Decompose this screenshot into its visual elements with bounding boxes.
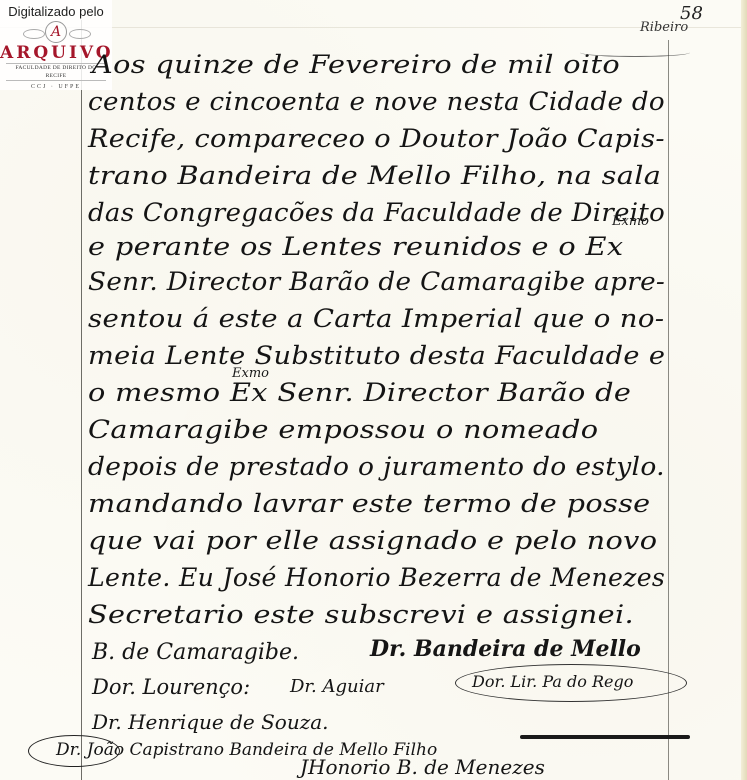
signature-secretary: JHonorio B. de Menezes bbox=[300, 755, 545, 779]
archive-emblem-icon: A bbox=[21, 21, 91, 43]
manuscript-line: e perante os Lentes reunidos e o Ex bbox=[88, 232, 623, 261]
signature-souza: Dr. Henrique de Souza. bbox=[92, 710, 329, 734]
swirl-right-icon bbox=[69, 29, 91, 39]
manuscript-line: Recife, compareceo o Doutor João Capis- bbox=[88, 124, 665, 153]
manuscript-line: Camaragibe empossou o nomeado bbox=[88, 415, 598, 444]
manuscript-line: Senr. Director Barão de Camaragibe apre- bbox=[88, 267, 665, 296]
signature-rego: Dor. Lir. Pa do Rego bbox=[472, 672, 633, 691]
signature-lourenco: Dor. Lourenço: bbox=[92, 675, 250, 699]
manuscript-line: das Congregacões da Faculdade de Direito bbox=[88, 198, 665, 227]
top-rule bbox=[0, 27, 747, 28]
manuscript-line: Lente. Eu José Honorio Bezerra de Meneze… bbox=[88, 563, 665, 592]
emblem-letter: A bbox=[45, 21, 67, 43]
watermark-subtitle: FACULDADE DE DIREITO DO RECIFE bbox=[6, 63, 106, 81]
manuscript-line: o mesmo Ex Senr. Director Barão de bbox=[88, 378, 631, 407]
swirl-left-icon bbox=[23, 29, 45, 39]
signature-bandeira-de-mello: Dr. Bandeira de Mello bbox=[370, 636, 641, 662]
right-margin-line bbox=[668, 40, 669, 780]
manuscript-line: que vai por elle assignado e pelo novo bbox=[88, 526, 657, 555]
watermark-caption: Digitalizado pelo bbox=[0, 4, 112, 19]
signature-camaragibe: B. de Camaragibe. bbox=[92, 640, 299, 665]
manuscript-line: depois de prestado o juramento do estylo… bbox=[88, 452, 665, 481]
manuscript-line: trano Bandeira de Mello Filho, na sala bbox=[88, 161, 661, 190]
manuscript-line: sentou á este a Carta Imperial que o no- bbox=[88, 304, 664, 333]
signature-aguiar: Dr. Aguiar bbox=[290, 676, 384, 697]
manuscript-line: Aos quinze de Fevereiro de mil oito bbox=[92, 50, 620, 79]
superscript-exmo: Exmo bbox=[612, 214, 649, 229]
signature-underline bbox=[520, 735, 690, 739]
folio-rubric: Ribeiro bbox=[640, 20, 688, 35]
manuscript-line: Secretario este subscrevi e assignei. bbox=[88, 600, 634, 629]
left-margin-line bbox=[81, 20, 82, 780]
manuscript-line: centos e cincoenta e nove nesta Cidade d… bbox=[88, 87, 665, 116]
manuscript-line: meia Lente Substituto desta Faculdade e bbox=[88, 341, 665, 370]
page-edge bbox=[741, 0, 747, 780]
manuscript-line: mandando lavrar este termo de posse bbox=[88, 489, 651, 518]
